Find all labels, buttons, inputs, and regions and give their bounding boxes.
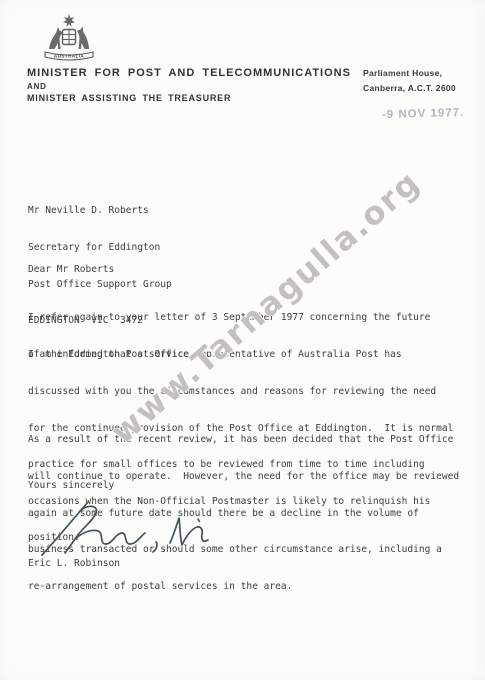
commonwealth-star-icon xyxy=(63,14,75,27)
body-line: discussed with you the circumstances and… xyxy=(28,386,453,398)
crest-caption: AUSTRALIA xyxy=(54,54,84,59)
australian-coat-of-arms-icon: AUSTRALIA xyxy=(40,12,98,64)
body-line: re-arrangement of postal services in the… xyxy=(28,581,459,593)
minister-title-line2: AND xyxy=(27,82,47,91)
sender-name: Eric L. Robinson xyxy=(28,558,120,570)
kangaroo-icon xyxy=(49,27,63,49)
recipient-line: Secretary for Eddington xyxy=(28,242,172,254)
date-received-stamp: -9 NOV 1977. xyxy=(382,107,465,121)
letter-page: AUSTRALIA MINISTER FOR POST AND TELECOMM… xyxy=(0,0,485,680)
recipient-line: Mr Neville D. Roberts xyxy=(28,205,172,217)
handwritten-signature xyxy=(30,496,218,560)
minister-title-line3: MINISTER ASSISTING THE TREASURER xyxy=(27,93,231,103)
emu-icon xyxy=(77,27,89,50)
body-line: I am informed that a service representat… xyxy=(28,349,453,361)
body-line: I refer again to your letter of 3 Septem… xyxy=(28,312,430,324)
closing: Yours sincerely xyxy=(28,480,114,492)
body-line: As a result of the recent review, it has… xyxy=(28,434,459,446)
minister-title-line1: MINISTER FOR POST AND TELECOMMUNICATIONS xyxy=(27,67,351,79)
salutation: Dear Mr Roberts xyxy=(28,264,114,276)
office-address-line1: Parliament House, xyxy=(363,68,442,78)
office-address-line2: Canberra, A.C.T. 2600 xyxy=(363,83,456,93)
